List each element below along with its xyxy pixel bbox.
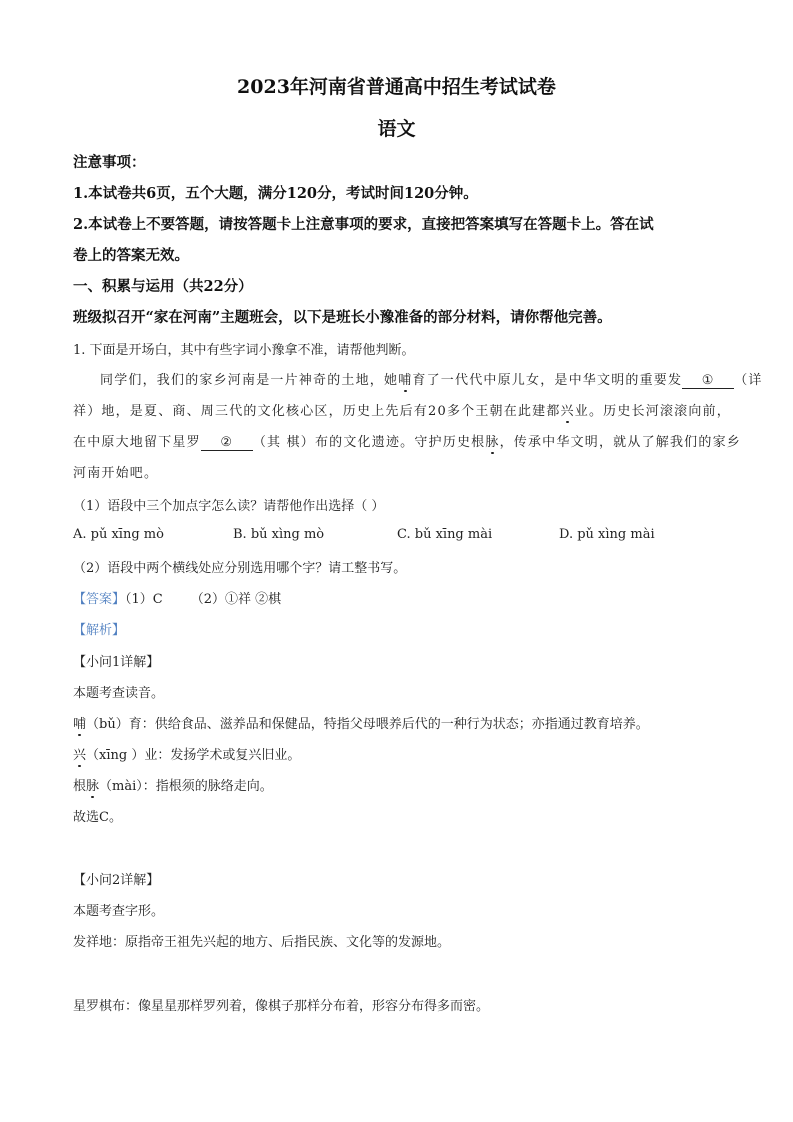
notice-item-2: 2.本试卷上不要答题，请按答题卡上注意事项的要求，直接把答案填写在答题卡上。答在…: [73, 213, 654, 234]
notice-item-1: 1.本试卷共6页，五个大题，满分120分，考试时间120分钟。: [73, 182, 478, 203]
sub-2-item-2: 星罗棋布：像星星那样罗列着，像棋子那样分布着，形容分布得多而密。: [73, 995, 489, 1014]
answer-tag: 【答案】: [73, 592, 125, 607]
option-d: D. pǔ xìng mài: [559, 527, 655, 542]
exam-page: 2023年河南省普通高中招生考试试卷 语文 注意事项： 1.本试卷共6页，五个大…: [0, 0, 793, 1122]
definition-text: 根: [73, 779, 86, 794]
section-heading: 一、积累与运用（共22分）: [73, 275, 253, 296]
dotted-char-mai: 脉: [485, 431, 499, 450]
sub-1-item-3: 根脉（mài）：指根须的脉络走向。: [73, 775, 273, 794]
blank-1: ①: [682, 373, 734, 389]
sub-1-intro: 本题考查读音。: [73, 682, 164, 701]
option-a: A. pǔ xīng mò: [73, 527, 164, 542]
exam-title: 2023年河南省普通高中招生考试试卷: [0, 72, 793, 99]
sub-2-detail-heading: 【小问2详解】: [73, 869, 159, 888]
dotted-char-mai: 脉: [86, 775, 99, 794]
blank-2: ②: [201, 435, 253, 451]
passage-text: 祥）地，是夏、商、周三代的文化核心区，历史上先后有20多个王朝在此建都: [73, 404, 561, 419]
option-b: B. bǔ xìng mò: [233, 527, 324, 542]
passage-text: 同学们，我们的家乡河南是一片神奇的土地，她: [100, 373, 398, 388]
passage-line-4: 河南开始吧。: [73, 462, 158, 481]
sub-2-item-1: 发祥地：原指帝王祖先兴起的地方、后指民族、文化等的发源地。: [73, 931, 450, 950]
passage-line-3: 在中原大地留下星罗②（其 棋）布的文化遗迹。守护历史根脉，传承中华文明，就从了解…: [73, 431, 741, 451]
dotted-char-bu: 哺: [73, 713, 86, 732]
subject-title: 语文: [0, 114, 793, 141]
definition-text: （mài）：指根须的脉络走向。: [99, 779, 273, 794]
section-intro: 班级拟召开“家在河南”主题班会，以下是班长小豫准备的部分材料，请你帮他完善。: [73, 306, 612, 327]
answer-line: 【答案】（1）C（2）①祥 ②棋: [73, 588, 281, 607]
answer-part-2: （2）①祥 ②棋: [191, 592, 281, 607]
sub-1-item-2: 兴（xīng ）业：发扬学术或复兴旧业。: [73, 744, 300, 763]
dotted-char-xing: 兴: [73, 744, 86, 763]
passage-text: （其 棋）布的文化遗迹。守护历史根: [253, 435, 486, 450]
notice-item-2-cont: 卷上的答案无效。: [73, 244, 189, 265]
sub-question-1-prompt: （1）语段中三个加点字怎么读？请帮他作出选择（ ）: [73, 495, 384, 514]
passage-text: 在中原大地留下星罗: [73, 435, 201, 450]
passage-text: 业。历史长河滚滚向前，: [575, 404, 731, 419]
dotted-char-xing: 兴: [561, 400, 575, 419]
passage-line-1: 同学们，我们的家乡河南是一片神奇的土地，她哺育了一代代中原儿女，是中华文明的重要…: [100, 369, 763, 389]
definition-text: （xīng ）业：发扬学术或复兴旧业。: [86, 748, 300, 763]
option-c: C. bǔ xīng mài: [397, 527, 492, 542]
sub-question-2-prompt: （2）语段中两个横线处应分别选用哪个字？请工整书写。: [73, 557, 406, 576]
answer-part-1: （1）C: [125, 592, 163, 607]
dotted-char-bu: 哺: [398, 369, 412, 388]
passage-text: ，传承中华文明，就从了解我们的家乡: [500, 435, 741, 450]
analysis-tag: 【解析】: [73, 619, 125, 638]
sub-1-conclusion: 故选C。: [73, 806, 122, 825]
question-1-stem: 1. 下面是开场白，其中有些字词小豫拿不准，请帮他判断。: [73, 339, 415, 358]
passage-line-2: 祥）地，是夏、商、周三代的文化核心区，历史上先后有20多个王朝在此建都兴业。历史…: [73, 400, 731, 419]
passage-text: （详: [734, 373, 762, 388]
sub-1-item-1: 哺（bǔ）育：供给食品、滋养品和保健品，特指父母喂养后代的一种行为状态；亦指通过…: [73, 713, 649, 732]
passage-text: 育了一代代中原儿女，是中华文明的重要发: [412, 373, 682, 388]
sub-2-intro: 本题考查字形。: [73, 900, 164, 919]
definition-text: （bǔ）育：供给食品、滋养品和保健品，特指父母喂养后代的一种行为状态；亦指通过教…: [86, 717, 649, 732]
sub-1-detail-heading: 【小问1详解】: [73, 651, 159, 670]
notice-heading: 注意事项：: [73, 151, 146, 172]
